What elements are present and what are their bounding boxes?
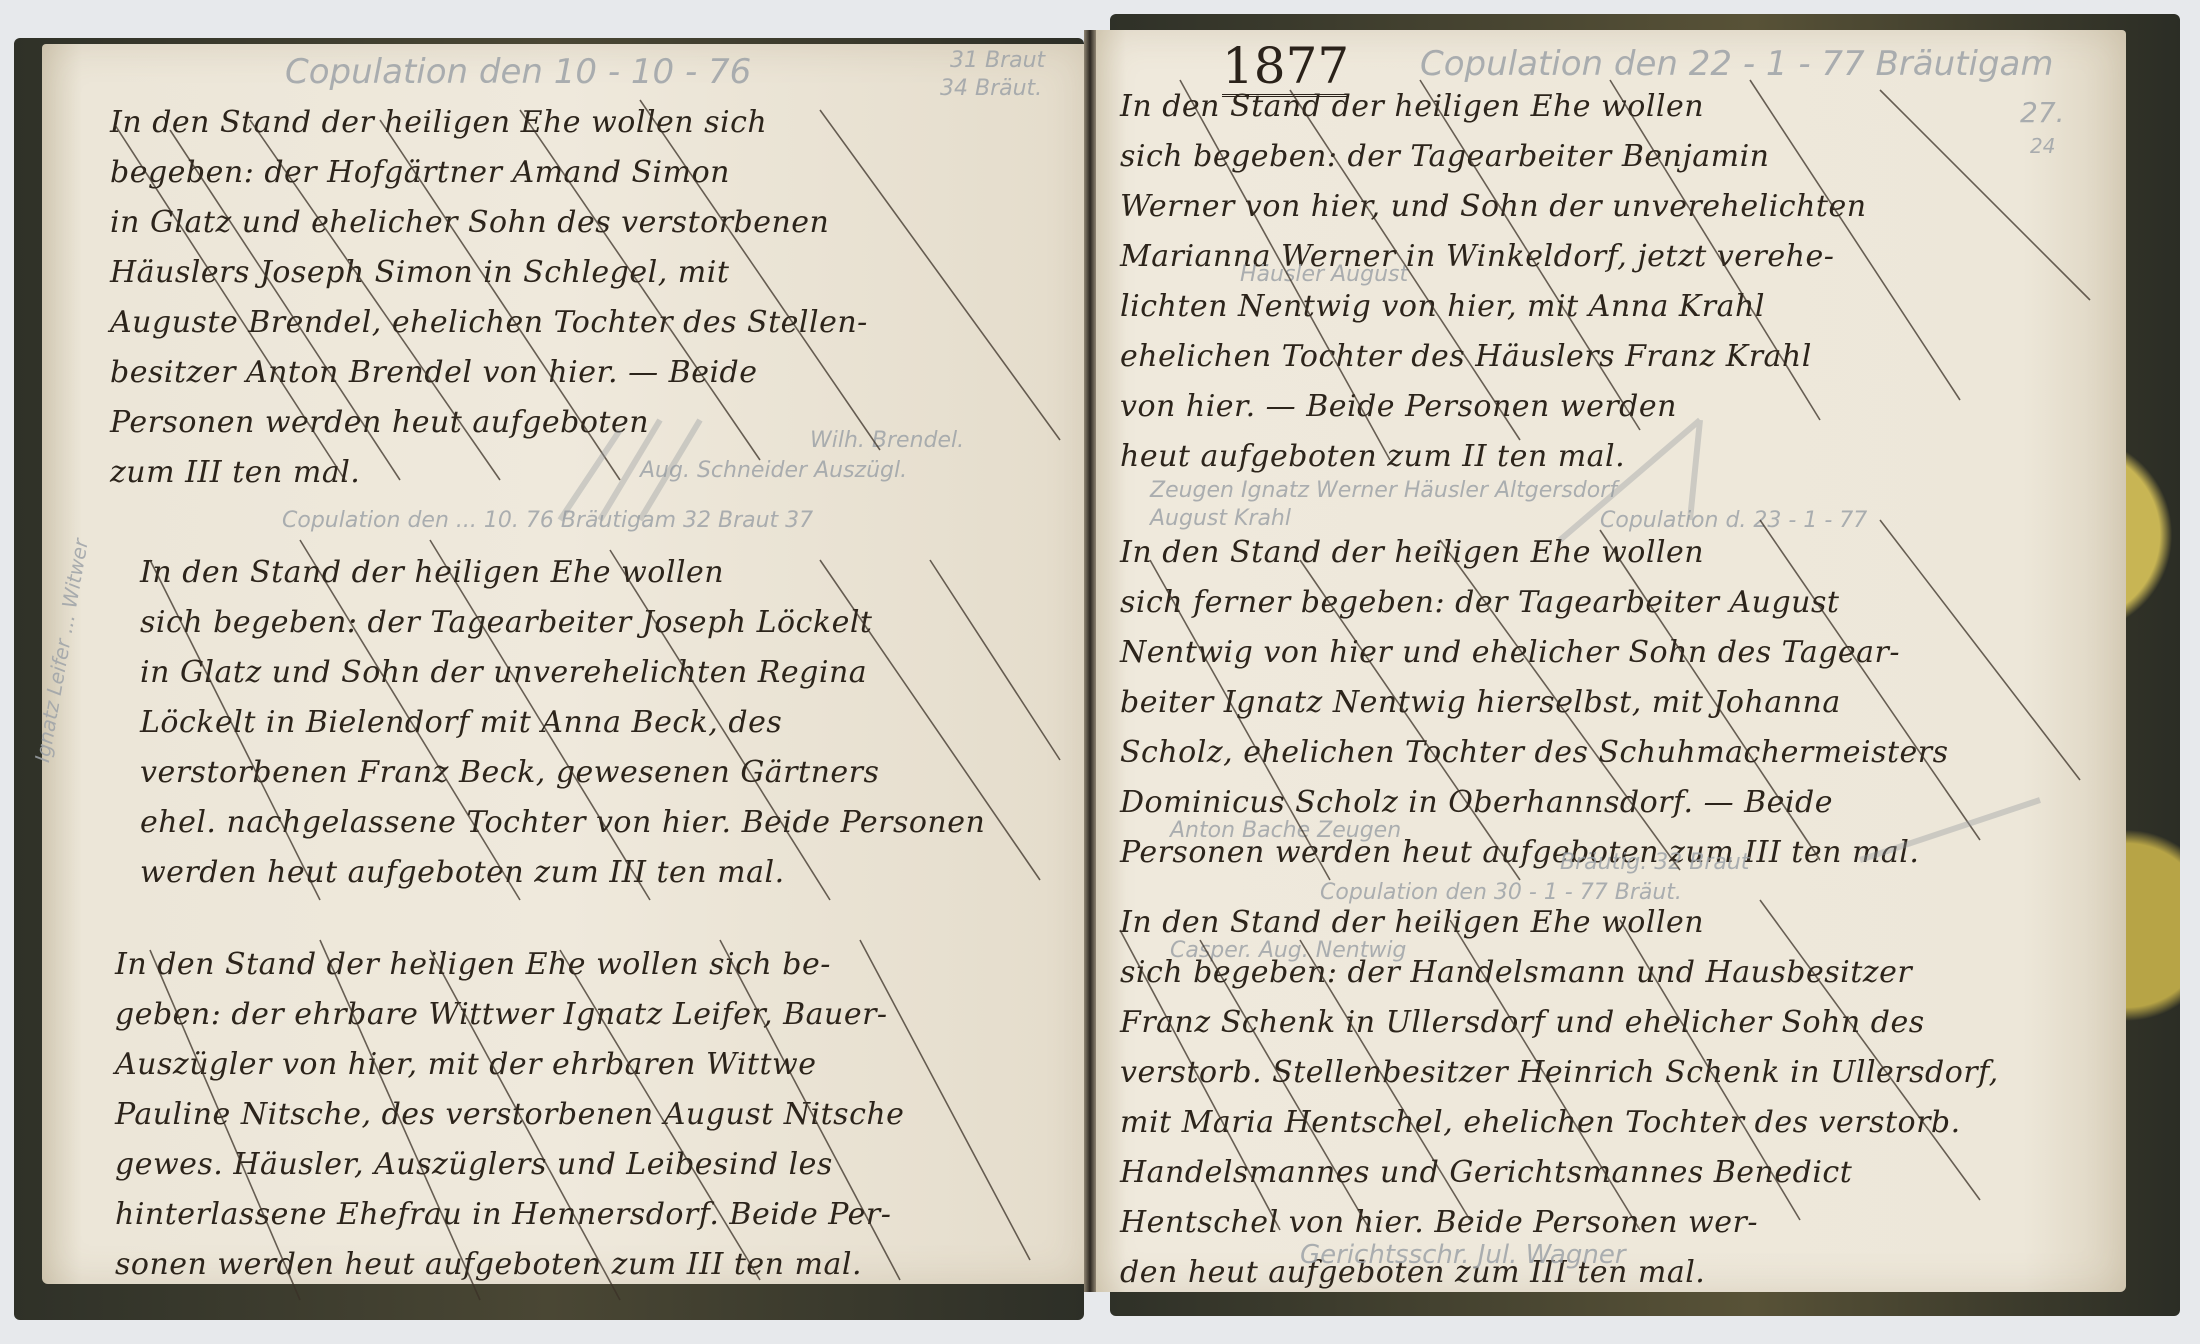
pencil-corner-note: 31 Braut (950, 48, 1045, 73)
entry-line: Löckelt in Bielendorf mit Anna Beck, des (140, 698, 985, 748)
pencil-note: Aug. Schneider Auszügl. (640, 458, 907, 483)
entry-line: ehelichen Tochter des Häuslers Franz Kra… (1120, 332, 1867, 382)
entry-line: In den Stand der heiligen Ehe wollen (140, 548, 985, 598)
entry-line: Scholz, ehelichen Tochter des Schuhmache… (1120, 728, 1949, 778)
entry-line: lichten Nentwig von hier, mit Anna Krahl (1120, 282, 1867, 332)
entry-line: Nentwig von hier und ehelicher Sohn des … (1120, 628, 1949, 678)
entry-line: beiter Ignatz Nentwig hierselbst, mit Jo… (1120, 678, 1949, 728)
entry-line: Häuslers Joseph Simon in Schlegel, mit (110, 248, 868, 298)
book-gutter (1084, 30, 1096, 1292)
pencil-note: Casper. Aug. Nentwig (1170, 938, 1406, 963)
entry-line: Pauline Nitsche, des verstorbenen August… (115, 1090, 904, 1140)
pencil-note: Häusler August (1240, 262, 1408, 287)
entry-line: sonen werden heut aufgeboten zum III ten… (115, 1240, 904, 1290)
pencil-copulation-header: Copulation den ... 10. 76 Bräutigam 32 B… (282, 508, 813, 533)
entry-line: In den Stand der heiligen Ehe wollen sic… (115, 940, 904, 990)
banns-entry: In den Stand der heiligen Ehe wollen sic… (1120, 82, 1867, 482)
banns-entry: In den Stand der heiligen Ehe wollen sic… (110, 98, 868, 498)
entry-line: besitzer Anton Brendel von hier. — Beide (110, 348, 868, 398)
pencil-corner-note: 27. (2020, 96, 2065, 129)
pencil-corner-note: 34 Bräut. (940, 76, 1042, 101)
pencil-note: Zeugen Ignatz Werner Häusler Altgersdorf (1150, 478, 1617, 503)
entry-line: In den Stand der heiligen Ehe wollen (1120, 528, 1949, 578)
entry-line: heut aufgeboten zum II ten mal. (1120, 432, 1867, 482)
banns-entry: In den Stand der heiligen Ehe wollen sic… (115, 940, 904, 1290)
entry-line: in Glatz und ehelicher Sohn des verstorb… (110, 198, 868, 248)
entry-line: ehel. nachgelassene Tochter von hier. Be… (140, 798, 985, 848)
entry-line: werden heut aufgeboten zum III ten mal. (140, 848, 985, 898)
pencil-note: Gerichtsschr. Jul. Wagner (1300, 1240, 1626, 1270)
banns-entry: In den Stand der heiligen Ehe wollen sic… (140, 548, 985, 898)
pencil-note: Anton Bache Zeugen (1170, 818, 1401, 843)
entry-line: gewes. Häusler, Auszüglers und Leibesind… (115, 1140, 904, 1190)
entry-line: sich begeben: der Tagearbeiter Joseph Lö… (140, 598, 985, 648)
entry-line: begeben: der Hofgärtner Amand Simon (110, 148, 868, 198)
entry-line: in Glatz und Sohn der unverehelichten Re… (140, 648, 985, 698)
entry-line: verstorb. Stellenbesitzer Heinrich Schen… (1120, 1048, 1999, 1098)
entry-line: sich begeben: der Tagearbeiter Benjamin (1120, 132, 1867, 182)
entry-line: sich ferner begeben: der Tagearbeiter Au… (1120, 578, 1949, 628)
entry-line: Auguste Brendel, ehelichen Tochter des S… (110, 298, 868, 348)
entry-line: von hier. — Beide Personen werden (1120, 382, 1867, 432)
entry-line: In den Stand der heiligen Ehe wollen (1120, 82, 1867, 132)
entry-line: mit Maria Hentschel, ehelichen Tochter d… (1120, 1098, 1999, 1148)
entry-line: Werner von hier, und Sohn der unvereheli… (1120, 182, 1867, 232)
entry-line: hinterlassene Ehefrau in Hennersdorf. Be… (115, 1190, 904, 1240)
pencil-note: Wilh. Brendel. (810, 428, 964, 453)
entry-line: Handelsmannes und Gerichtsmannes Benedic… (1120, 1148, 1999, 1198)
pencil-copulation-header: Copulation den 22 - 1 - 77 Bräutigam (1420, 44, 2053, 84)
entry-line: geben: der ehrbare Wittwer Ignatz Leifer… (115, 990, 904, 1040)
entry-line: In den Stand der heiligen Ehe wollen sic… (110, 98, 868, 148)
entry-line: Franz Schenk in Ullersdorf und ehelicher… (1120, 998, 1999, 1048)
pencil-copulation-header: Copulation den 10 - 10 - 76 (285, 52, 751, 92)
entry-line: Personen werden heut aufgeboten (110, 398, 868, 448)
pencil-corner-note: 24 (2030, 134, 2055, 158)
entry-line: Marianna Werner in Winkeldorf, jetzt ver… (1120, 232, 1867, 282)
pencil-note: Bräutig. 32 Braut (1560, 850, 1749, 875)
entry-line: verstorbenen Franz Beck, gewesenen Gärtn… (140, 748, 985, 798)
entry-line: Auszügler von hier, mit der ehrbaren Wit… (115, 1040, 904, 1090)
